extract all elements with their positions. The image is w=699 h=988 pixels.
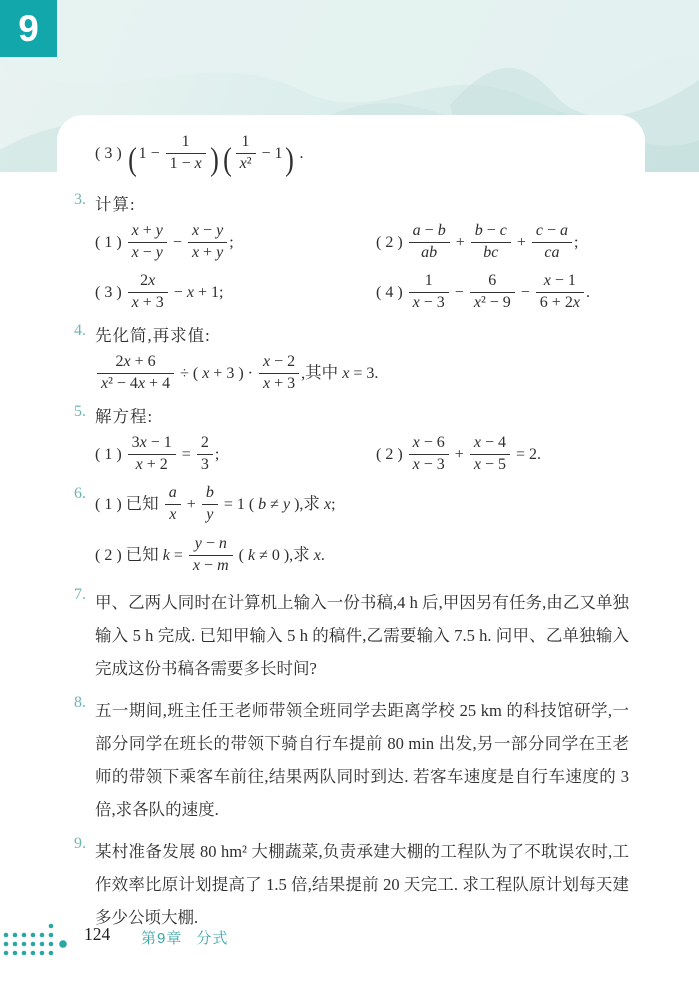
denominator: x − 3 bbox=[409, 293, 449, 313]
math-text: − bbox=[451, 284, 468, 301]
math-text: = 1 ( b ≠ y ), bbox=[220, 496, 304, 513]
denominator: ab bbox=[409, 243, 450, 263]
numerator: 6 bbox=[470, 272, 515, 293]
math-text: ( 3 ) bbox=[95, 284, 126, 301]
numerator: a bbox=[165, 484, 181, 505]
denominator: 6 + 2x bbox=[536, 293, 584, 313]
math-row: ( 1 ) 3x − 1x + 2 = 23;( 2 ) x − 6x − 3 … bbox=[57, 434, 633, 475]
numerator: 2x bbox=[128, 272, 168, 293]
denominator: x + 3 bbox=[259, 374, 299, 394]
formula: ( 1 ) 3x − 1x + 2 = 23; bbox=[95, 434, 376, 475]
page-number: 124 bbox=[84, 924, 110, 945]
denominator: 1 − x bbox=[166, 154, 206, 174]
math-text: − bbox=[169, 234, 186, 251]
fraction: 2xx + 3 bbox=[128, 272, 168, 313]
section-header: 4.先化简,再求值: bbox=[57, 322, 633, 346]
math-text: x = 3. bbox=[342, 365, 378, 382]
math-text: . bbox=[586, 284, 590, 301]
item-number: 8. bbox=[74, 694, 86, 712]
math-line: 6.( 1 ) 已知 ax + by = 1 ( b ≠ y ),求 x; bbox=[57, 484, 633, 525]
denominator: ca bbox=[532, 243, 572, 263]
math-text: ; bbox=[574, 234, 578, 251]
item-number: 6. bbox=[74, 484, 86, 503]
numerator: b − c bbox=[471, 222, 511, 243]
item-number: 7. bbox=[74, 586, 86, 604]
formula: ( 3 ) 2xx + 3 − x + 1; bbox=[95, 272, 376, 313]
page-footer: 124 第9章分式 bbox=[0, 914, 699, 960]
formula: ( 2 ) x − 6x − 3 + x − 4x − 5 = 2. bbox=[376, 434, 541, 475]
denominator: x² − 9 bbox=[470, 293, 515, 313]
fraction: y − nx − m bbox=[189, 535, 233, 576]
fraction: x − yx + y bbox=[188, 222, 227, 263]
math-text: ( 1 ) bbox=[95, 496, 126, 513]
item-number: 4. bbox=[74, 322, 86, 340]
fraction: 6x² − 9 bbox=[470, 272, 515, 313]
formula: ( 4 ) 1x − 3 − 6x² − 9 − x − 16 + 2x. bbox=[376, 272, 590, 313]
numerator: 1 bbox=[166, 133, 206, 154]
fraction: ax bbox=[165, 484, 181, 525]
chinese-text: 已知 bbox=[126, 494, 163, 513]
chapter-footer-label: 第9章分式 bbox=[141, 927, 228, 948]
numerator: x − 6 bbox=[409, 434, 449, 455]
numerator: 2x + 6 bbox=[97, 353, 174, 374]
chapter-title: 分式 bbox=[196, 930, 228, 947]
math-text: − x + 1; bbox=[170, 284, 224, 301]
problems: ( 3 ) (1 − 11 − x)(1x² − 1) .3.计算:( 1 ) … bbox=[57, 115, 645, 934]
denominator: bc bbox=[471, 243, 511, 263]
math-text: ; bbox=[229, 234, 233, 251]
math-text: ( 3 ) bbox=[95, 145, 126, 162]
math-text: ( 4 ) bbox=[376, 284, 407, 301]
footer-dots-icon bbox=[0, 920, 74, 960]
denominator: x² − 4x + 4 bbox=[97, 374, 174, 394]
big-paren: ) bbox=[210, 144, 219, 177]
math-text: + bbox=[452, 234, 469, 251]
section-label: 解方程: bbox=[95, 407, 153, 426]
fraction: 1x − 3 bbox=[409, 272, 449, 313]
formula: ( 2 ) 已知 k = y − nx − m ( k ≠ 0 ),求 x. bbox=[95, 547, 325, 564]
numerator: 1 bbox=[236, 133, 256, 154]
fraction: x + yx − y bbox=[128, 222, 167, 263]
numerator: x − 1 bbox=[536, 272, 584, 293]
chinese-text: 求 bbox=[293, 545, 314, 564]
math-text: ( 1 ) bbox=[95, 234, 126, 251]
item-number: 9. bbox=[74, 835, 86, 853]
fraction: x − 4x − 5 bbox=[470, 434, 510, 475]
math-line: ( 2 ) 已知 k = y − nx − m ( k ≠ 0 ),求 x. bbox=[57, 535, 633, 576]
numerator: 3x − 1 bbox=[128, 434, 176, 455]
denominator: x bbox=[165, 505, 181, 525]
math-text: ( 1 ) bbox=[95, 446, 126, 463]
fraction: x − 6x − 3 bbox=[409, 434, 449, 475]
math-text: ( 2 ) bbox=[376, 446, 407, 463]
denominator: 3 bbox=[197, 455, 213, 475]
math-line: ( 3 ) (1 − 11 − x)(1x² − 1) . bbox=[57, 133, 633, 177]
math-text: − 1 bbox=[258, 145, 283, 162]
math-text: − bbox=[517, 284, 534, 301]
fraction: x − 2x + 3 bbox=[259, 353, 299, 394]
problem-text: 五一期间,班主任王老师带领全班同学去距离学校 25 km 的科技馆研学,一部分同… bbox=[95, 694, 633, 826]
math-text: ; bbox=[215, 446, 219, 463]
denominator: x − 5 bbox=[470, 455, 510, 475]
fraction: 23 bbox=[197, 434, 213, 475]
math-text: = 2. bbox=[512, 446, 541, 463]
big-paren: ( bbox=[223, 144, 232, 177]
math-text: + bbox=[513, 234, 530, 251]
chapter-badge: 9 bbox=[0, 0, 57, 57]
section-label: 先化简,再求值: bbox=[95, 326, 211, 345]
fraction: 3x − 1x + 2 bbox=[128, 434, 176, 475]
numerator: a − b bbox=[409, 222, 450, 243]
numerator: x − 4 bbox=[470, 434, 510, 455]
section-label: 计算: bbox=[95, 195, 136, 214]
denominator: x + y bbox=[188, 243, 227, 263]
item-number: 5. bbox=[74, 403, 86, 421]
problem-text: 甲、乙两人同时在计算机上输入一份书稿,4 h 后,甲因另有任务,由乙又单独输入 … bbox=[95, 586, 633, 685]
formula: 2x + 6x² − 4x + 4 ÷ ( x + 3 ) · x − 2x +… bbox=[95, 365, 378, 382]
denominator: x + 3 bbox=[128, 293, 168, 313]
math-text: x. bbox=[314, 547, 325, 564]
denominator: y bbox=[202, 505, 218, 525]
formula: ( 1 ) 已知 ax + by = 1 ( b ≠ y ),求 x; bbox=[95, 496, 336, 513]
formula: ( 2 ) a − bab + b − cbc + c − aca; bbox=[376, 222, 578, 263]
word-problem: 8.五一期间,班主任王老师带领全班同学去距离学校 25 km 的科技馆研学,一部… bbox=[57, 694, 633, 826]
denominator: x − 3 bbox=[409, 455, 449, 475]
content-card: ( 3 ) (1 − 11 − x)(1x² − 1) .3.计算:( 1 ) … bbox=[57, 115, 645, 988]
math-text: ( 2 ) bbox=[95, 547, 126, 564]
chapter-label: 第9章 bbox=[141, 930, 182, 947]
denominator: x + 2 bbox=[128, 455, 176, 475]
numerator: x − 2 bbox=[259, 353, 299, 374]
math-text: + bbox=[183, 496, 200, 513]
numerator: y − n bbox=[189, 535, 233, 556]
formula: ( 1 ) x + yx − y − x − yx + y; bbox=[95, 222, 376, 263]
chinese-text: 已知 bbox=[126, 545, 163, 564]
big-paren: ( bbox=[128, 144, 137, 177]
math-text: ( k ≠ 0 ), bbox=[235, 547, 294, 564]
denominator: x² bbox=[236, 154, 256, 174]
fraction: 11 − x bbox=[166, 133, 206, 174]
numerator: b bbox=[202, 484, 218, 505]
item-number: 3. bbox=[74, 191, 86, 209]
fraction: a − bab bbox=[409, 222, 450, 263]
math-text: + bbox=[451, 446, 468, 463]
fraction: by bbox=[202, 484, 218, 525]
section-header: 5.解方程: bbox=[57, 403, 633, 427]
math-text: = bbox=[178, 446, 195, 463]
big-paren: ) bbox=[285, 144, 294, 177]
denominator: x − y bbox=[128, 243, 167, 263]
numerator: c − a bbox=[532, 222, 572, 243]
fraction: 1x² bbox=[236, 133, 256, 174]
math-text: k = bbox=[163, 547, 187, 564]
chinese-text: 求 bbox=[303, 494, 324, 513]
math-line: 2x + 6x² − 4x + 4 ÷ ( x + 3 ) · x − 2x +… bbox=[57, 353, 633, 394]
math-text: x; bbox=[324, 496, 336, 513]
math-text: ÷ ( x + 3 ) · bbox=[176, 365, 257, 382]
math-row: ( 1 ) x + yx − y − x − yx + y;( 2 ) a − … bbox=[57, 222, 633, 263]
numerator: 1 bbox=[409, 272, 449, 293]
fraction: 2x + 6x² − 4x + 4 bbox=[97, 353, 174, 394]
numerator: 2 bbox=[197, 434, 213, 455]
math-text: . bbox=[295, 145, 303, 162]
section-header: 3.计算: bbox=[57, 191, 633, 215]
denominator: x − m bbox=[189, 556, 233, 576]
fraction: b − cbc bbox=[471, 222, 511, 263]
fraction: c − aca bbox=[532, 222, 572, 263]
fraction: x − 16 + 2x bbox=[536, 272, 584, 313]
word-problem: 7.甲、乙两人同时在计算机上输入一份书稿,4 h 后,甲因另有任务,由乙又单独输… bbox=[57, 586, 633, 685]
formula: ( 3 ) (1 − 11 − x)(1x² − 1) . bbox=[95, 145, 303, 162]
chinese-text: 其中 bbox=[305, 363, 342, 382]
math-text: ( 2 ) bbox=[376, 234, 407, 251]
math-text: 1 − bbox=[139, 145, 164, 162]
numerator: x + y bbox=[128, 222, 167, 243]
math-row: ( 3 ) 2xx + 3 − x + 1;( 4 ) 1x − 3 − 6x²… bbox=[57, 272, 633, 313]
numerator: x − y bbox=[188, 222, 227, 243]
